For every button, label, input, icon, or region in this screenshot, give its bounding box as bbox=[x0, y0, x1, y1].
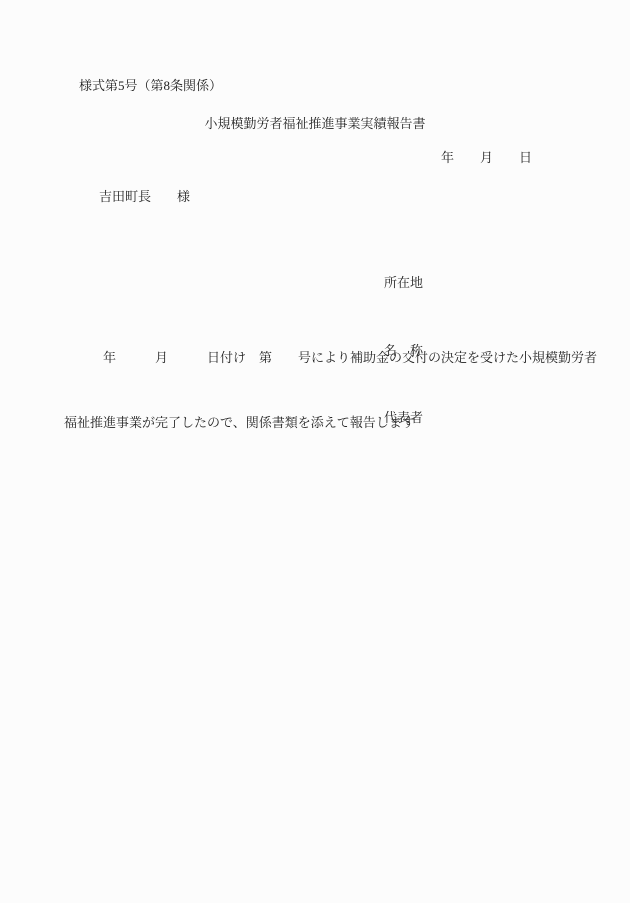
date-blank-line: 年 月 日 bbox=[441, 151, 532, 164]
form-number: 様式第5号（第8条関係） bbox=[79, 79, 222, 92]
document-page: 様式第5号（第8条関係） 小規模勤労者福祉推進事業実績報告書 年 月 日 吉田町… bbox=[0, 0, 630, 903]
body-line-2: 福祉推進事業が完了したので、関係書類を添えて報告します bbox=[64, 412, 590, 434]
document-title: 小規模勤労者福祉推進事業実績報告書 bbox=[0, 117, 630, 130]
body-paragraph: 年 月 日付け 第 号により補助金の交付の決定を受けた小規模勤労者 福祉推進事業… bbox=[64, 304, 590, 476]
body-line-1: 年 月 日付け 第 号により補助金の交付の決定を受けた小規模勤労者 bbox=[64, 347, 590, 369]
applicant-address-label: 所在地 bbox=[384, 272, 423, 295]
addressee-line: 吉田町長 様 bbox=[99, 190, 190, 203]
